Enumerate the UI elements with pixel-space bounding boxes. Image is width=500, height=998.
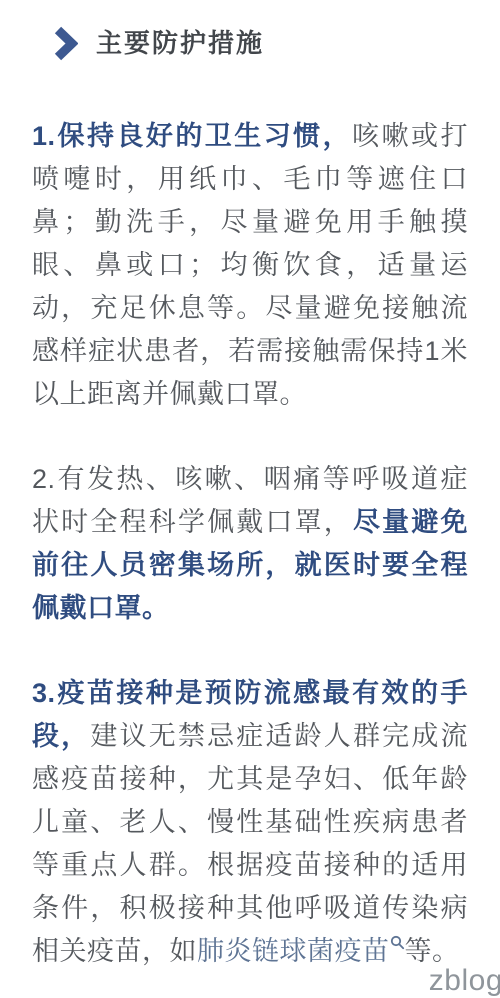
search-icon[interactable]	[390, 935, 405, 950]
paragraph-1-lead: 1.保持良好的卫生习惯，	[32, 121, 352, 151]
paragraph-mask: 2.有发热、咳嗽、咽痛等呼吸道症状时全程科学佩戴口罩，尽量避免前往人员密集场所，…	[32, 458, 468, 630]
paragraph-3-body: 建议无禁忌症适龄人群完成流感疫苗接种，尤其是孕妇、低年龄儿童、老人、慢性基础性疾…	[32, 721, 468, 966]
chevron-right-icon	[53, 25, 78, 62]
paragraph-hygiene: 1.保持良好的卫生习惯，咳嗽或打喷嚏时，用纸巾、毛巾等遮住口鼻；勤洗手，尽量避免…	[32, 115, 468, 416]
section-title: 主要防护措施	[96, 30, 264, 56]
paragraph-vaccine: 3.疫苗接种是预防流感最有效的手段，建议无禁忌症适龄人群完成流感疫苗接种，尤其是…	[32, 672, 468, 973]
watermark: zblog	[429, 964, 500, 998]
paragraph-1-body: 咳嗽或打喷嚏时，用纸巾、毛巾等遮住口鼻；勤洗手，尽量避免用手触摸眼、鼻或口；均衡…	[32, 121, 468, 409]
paragraph-3-tail: 等。	[405, 936, 460, 966]
pneumococcal-vaccine-link[interactable]: 肺炎链球菌疫苗	[197, 936, 390, 966]
article-page: 主要防护措施 1.保持良好的卫生习惯，咳嗽或打喷嚏时，用纸巾、毛巾等遮住口鼻；勤…	[0, 0, 500, 998]
section-header: 主要防护措施	[32, 0, 468, 62]
